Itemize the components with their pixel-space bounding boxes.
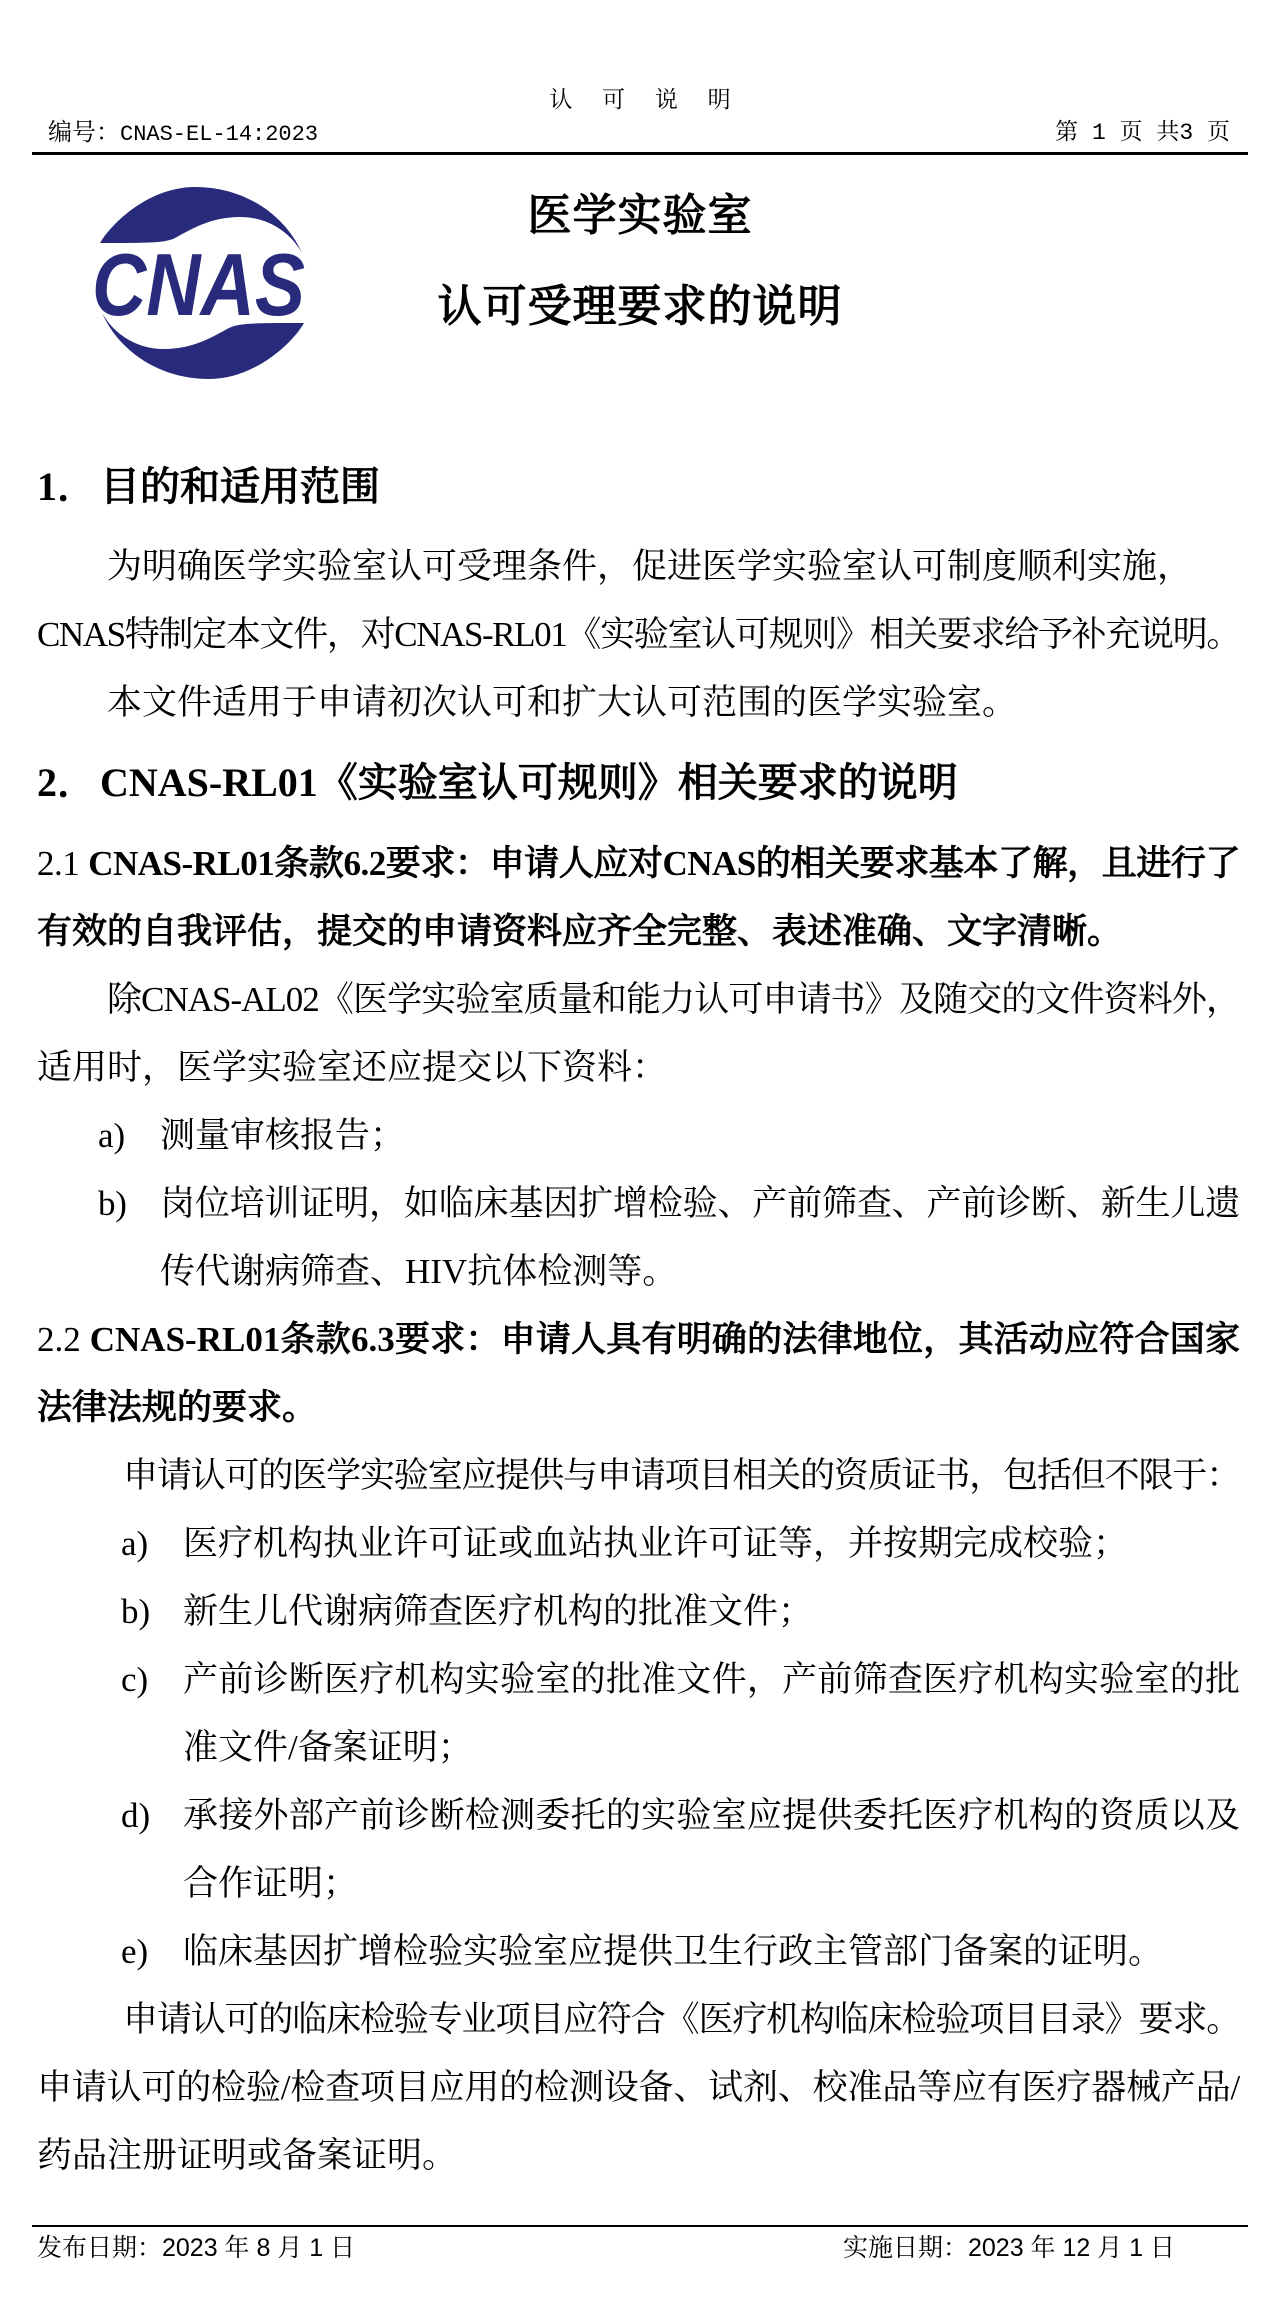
section-1-heading: 1．目的和适用范围	[37, 453, 1240, 521]
section-title: CNAS-RL01《实验室认可规则》相关要求的说明	[100, 760, 958, 805]
list-marker: c)	[121, 1646, 148, 1714]
list-item-continuation: 传代谢病筛查、HIV抗体检测等。	[37, 1238, 1240, 1306]
list-item: a)医疗机构执业许可证或血站执业许可证等，并按期完成校验；	[37, 1510, 1240, 1578]
list-marker: a)	[121, 1510, 148, 1578]
footer-divider	[32, 2225, 1248, 2227]
paragraph-line: 申请认可的检验/检查项目应用的检测设备、试剂、校准品等应有医疗器械产品/	[37, 2054, 1240, 2122]
list-item: a)测量审核报告；	[37, 1102, 1240, 1170]
paragraph-line: 本文件适用于申请初次认可和扩大认可范围的医学实验室。	[37, 669, 1240, 737]
list-item: c)产前诊断医疗机构实验室的批准文件，产前筛查医疗机构实验室的批	[37, 1646, 1240, 1714]
section-number: 2．	[37, 749, 100, 817]
publish-date: 发布日期：2023 年 8 月 1 日	[37, 2234, 355, 2262]
clause-requirement-line: 有效的自我评估，提交的申请资料应齐全完整、表述准确、文字清晰。	[37, 898, 1240, 966]
header-document-type: 认 可 说 明	[0, 86, 1280, 114]
document-number: 编号：CNAS-EL-14:2023	[48, 119, 318, 149]
list-item: d)承接外部产前诊断检测委托的实验室应提供委托医疗机构的资质以及	[37, 1782, 1240, 1850]
document-body: 1．目的和适用范围 为明确医学实验室认可受理条件，促进医学实验室认可制度顺利实施…	[37, 453, 1240, 2190]
list-marker: e)	[121, 1918, 148, 1986]
list-marker: d)	[121, 1782, 150, 1850]
section-title: 目的和适用范围	[100, 464, 380, 509]
list-item-text: 产前诊断医疗机构实验室的批准文件，产前筛查医疗机构实验室的批	[183, 1660, 1240, 1699]
document-title-line-2: 认可受理要求的说明	[0, 277, 1280, 337]
list-item: e)临床基因扩增检验实验室应提供卫生行政主管部门备案的证明。	[37, 1918, 1240, 1986]
section-number: 1．	[37, 453, 100, 521]
list-item-text: 岗位培训证明，如临床基因扩增检验、产前筛查、产前诊断、新生儿遗	[160, 1184, 1240, 1223]
paragraph-line: 适用时，医学实验室还应提交以下资料：	[37, 1034, 1240, 1102]
clause-2-2-requirement: 2.2CNAS-RL01条款6.3要求：申请人具有明确的法律地位，其活动应符合国…	[37, 1306, 1240, 1374]
list-item-text: 新生儿代谢病筛查医疗机构的批准文件；	[183, 1592, 813, 1631]
document-number-label: 编号：	[48, 120, 120, 146]
list-item: b)岗位培训证明，如临床基因扩增检验、产前筛查、产前诊断、新生儿遗	[37, 1170, 1240, 1238]
document-title-line-1: 医学实验室	[0, 186, 1280, 246]
paragraph-line: 除CNAS-AL02《医学实验室质量和能力认可申请书》及随交的文件资料外，	[37, 966, 1240, 1034]
page-indicator: 第 1 页 共3 页	[1055, 119, 1230, 147]
paragraph-line: 申请认可的临床检验专业项目应符合《医疗机构临床检验项目目录》要求。	[37, 1986, 1240, 2054]
section-2-heading: 2．CNAS-RL01《实验室认可规则》相关要求的说明	[37, 749, 1240, 817]
clause-requirement-text: CNAS-RL01条款6.2要求：申请人应对CNAS的相关要求基本了解，且进行了	[88, 844, 1240, 883]
clause-requirement-line: 法律法规的要求。	[37, 1374, 1240, 1442]
effective-date: 实施日期：2023 年 12 月 1 日	[843, 2234, 1175, 2262]
paragraph-line: 申请认可的医学实验室应提供与申请项目相关的资质证书，包括但不限于：	[37, 1442, 1240, 1510]
paragraph-line: CNAS特制定本文件，对CNAS-RL01《实验室认可规则》相关要求给予补充说明…	[37, 601, 1240, 669]
list-item-continuation: 准文件/备案证明；	[37, 1714, 1240, 1782]
list-item-text: 临床基因扩增检验实验室应提供卫生行政主管部门备案的证明。	[183, 1932, 1163, 1971]
list-item-continuation: 合作证明；	[37, 1850, 1240, 1918]
document-page: 认 可 说 明 编号：CNAS-EL-14:2023 第 1 页 共3 页 CN…	[0, 0, 1280, 2307]
list-item-text: 承接外部产前诊断检测委托的实验室应提供委托医疗机构的资质以及	[183, 1796, 1240, 1835]
header-divider	[32, 152, 1248, 155]
paragraph-line: 药品注册证明或备案证明。	[37, 2122, 1240, 2190]
paragraph-line: 为明确医学实验室认可受理条件，促进医学实验室认可制度顺利实施，	[37, 533, 1240, 601]
list-marker: a)	[98, 1102, 125, 1170]
clause-requirement-text: CNAS-RL01条款6.3要求：申请人具有明确的法律地位，其活动应符合国家	[90, 1320, 1240, 1359]
clause-number: 2.2	[37, 1320, 81, 1359]
clause-2-1-requirement: 2.1CNAS-RL01条款6.2要求：申请人应对CNAS的相关要求基本了解，且…	[37, 830, 1240, 898]
document-number-value: CNAS-EL-14:2023	[120, 122, 318, 147]
clause-number: 2.1	[37, 844, 79, 883]
list-item-text: 测量审核报告；	[160, 1116, 405, 1155]
list-marker: b)	[121, 1578, 150, 1646]
list-marker: b)	[98, 1170, 127, 1238]
list-item: b)新生儿代谢病筛查医疗机构的批准文件；	[37, 1578, 1240, 1646]
list-item-text: 医疗机构执业许可证或血站执业许可证等，并按期完成校验；	[183, 1524, 1128, 1563]
